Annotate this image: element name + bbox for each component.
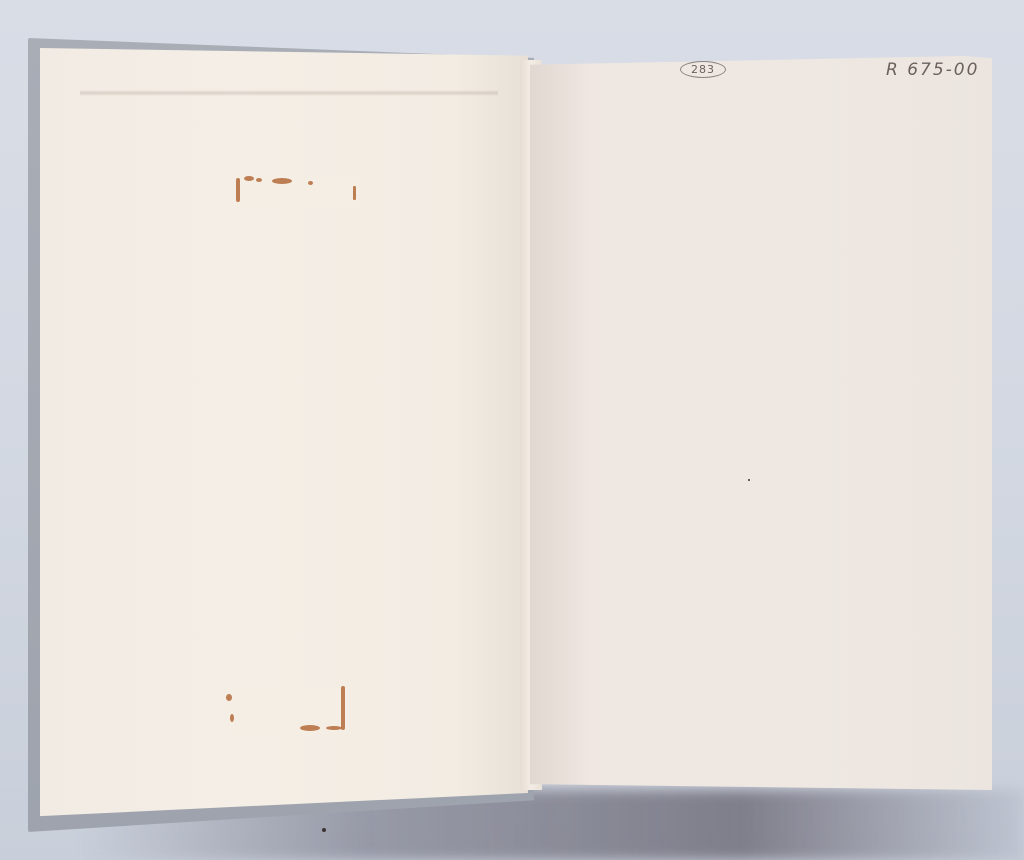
rust-stain <box>341 686 345 730</box>
dust-speck <box>322 828 326 832</box>
rust-stain <box>230 714 234 722</box>
rust-stain <box>308 181 313 185</box>
rust-stain <box>226 694 232 701</box>
fold-shadow <box>530 56 590 790</box>
rust-stain <box>353 186 356 200</box>
paper-speck <box>748 479 750 481</box>
catalog-code-annotation: R 675-00 <box>886 60 979 80</box>
right-flyleaf <box>530 56 992 790</box>
rust-stain <box>244 176 254 181</box>
tape-residue-top <box>235 176 359 208</box>
circled-number-annotation: 283 <box>680 61 726 78</box>
rust-stain <box>272 178 292 184</box>
hinge-crease <box>80 90 498 96</box>
rust-stain <box>300 725 320 731</box>
rust-stain <box>256 178 262 182</box>
rust-stain <box>326 726 342 730</box>
rust-stain <box>236 178 240 202</box>
